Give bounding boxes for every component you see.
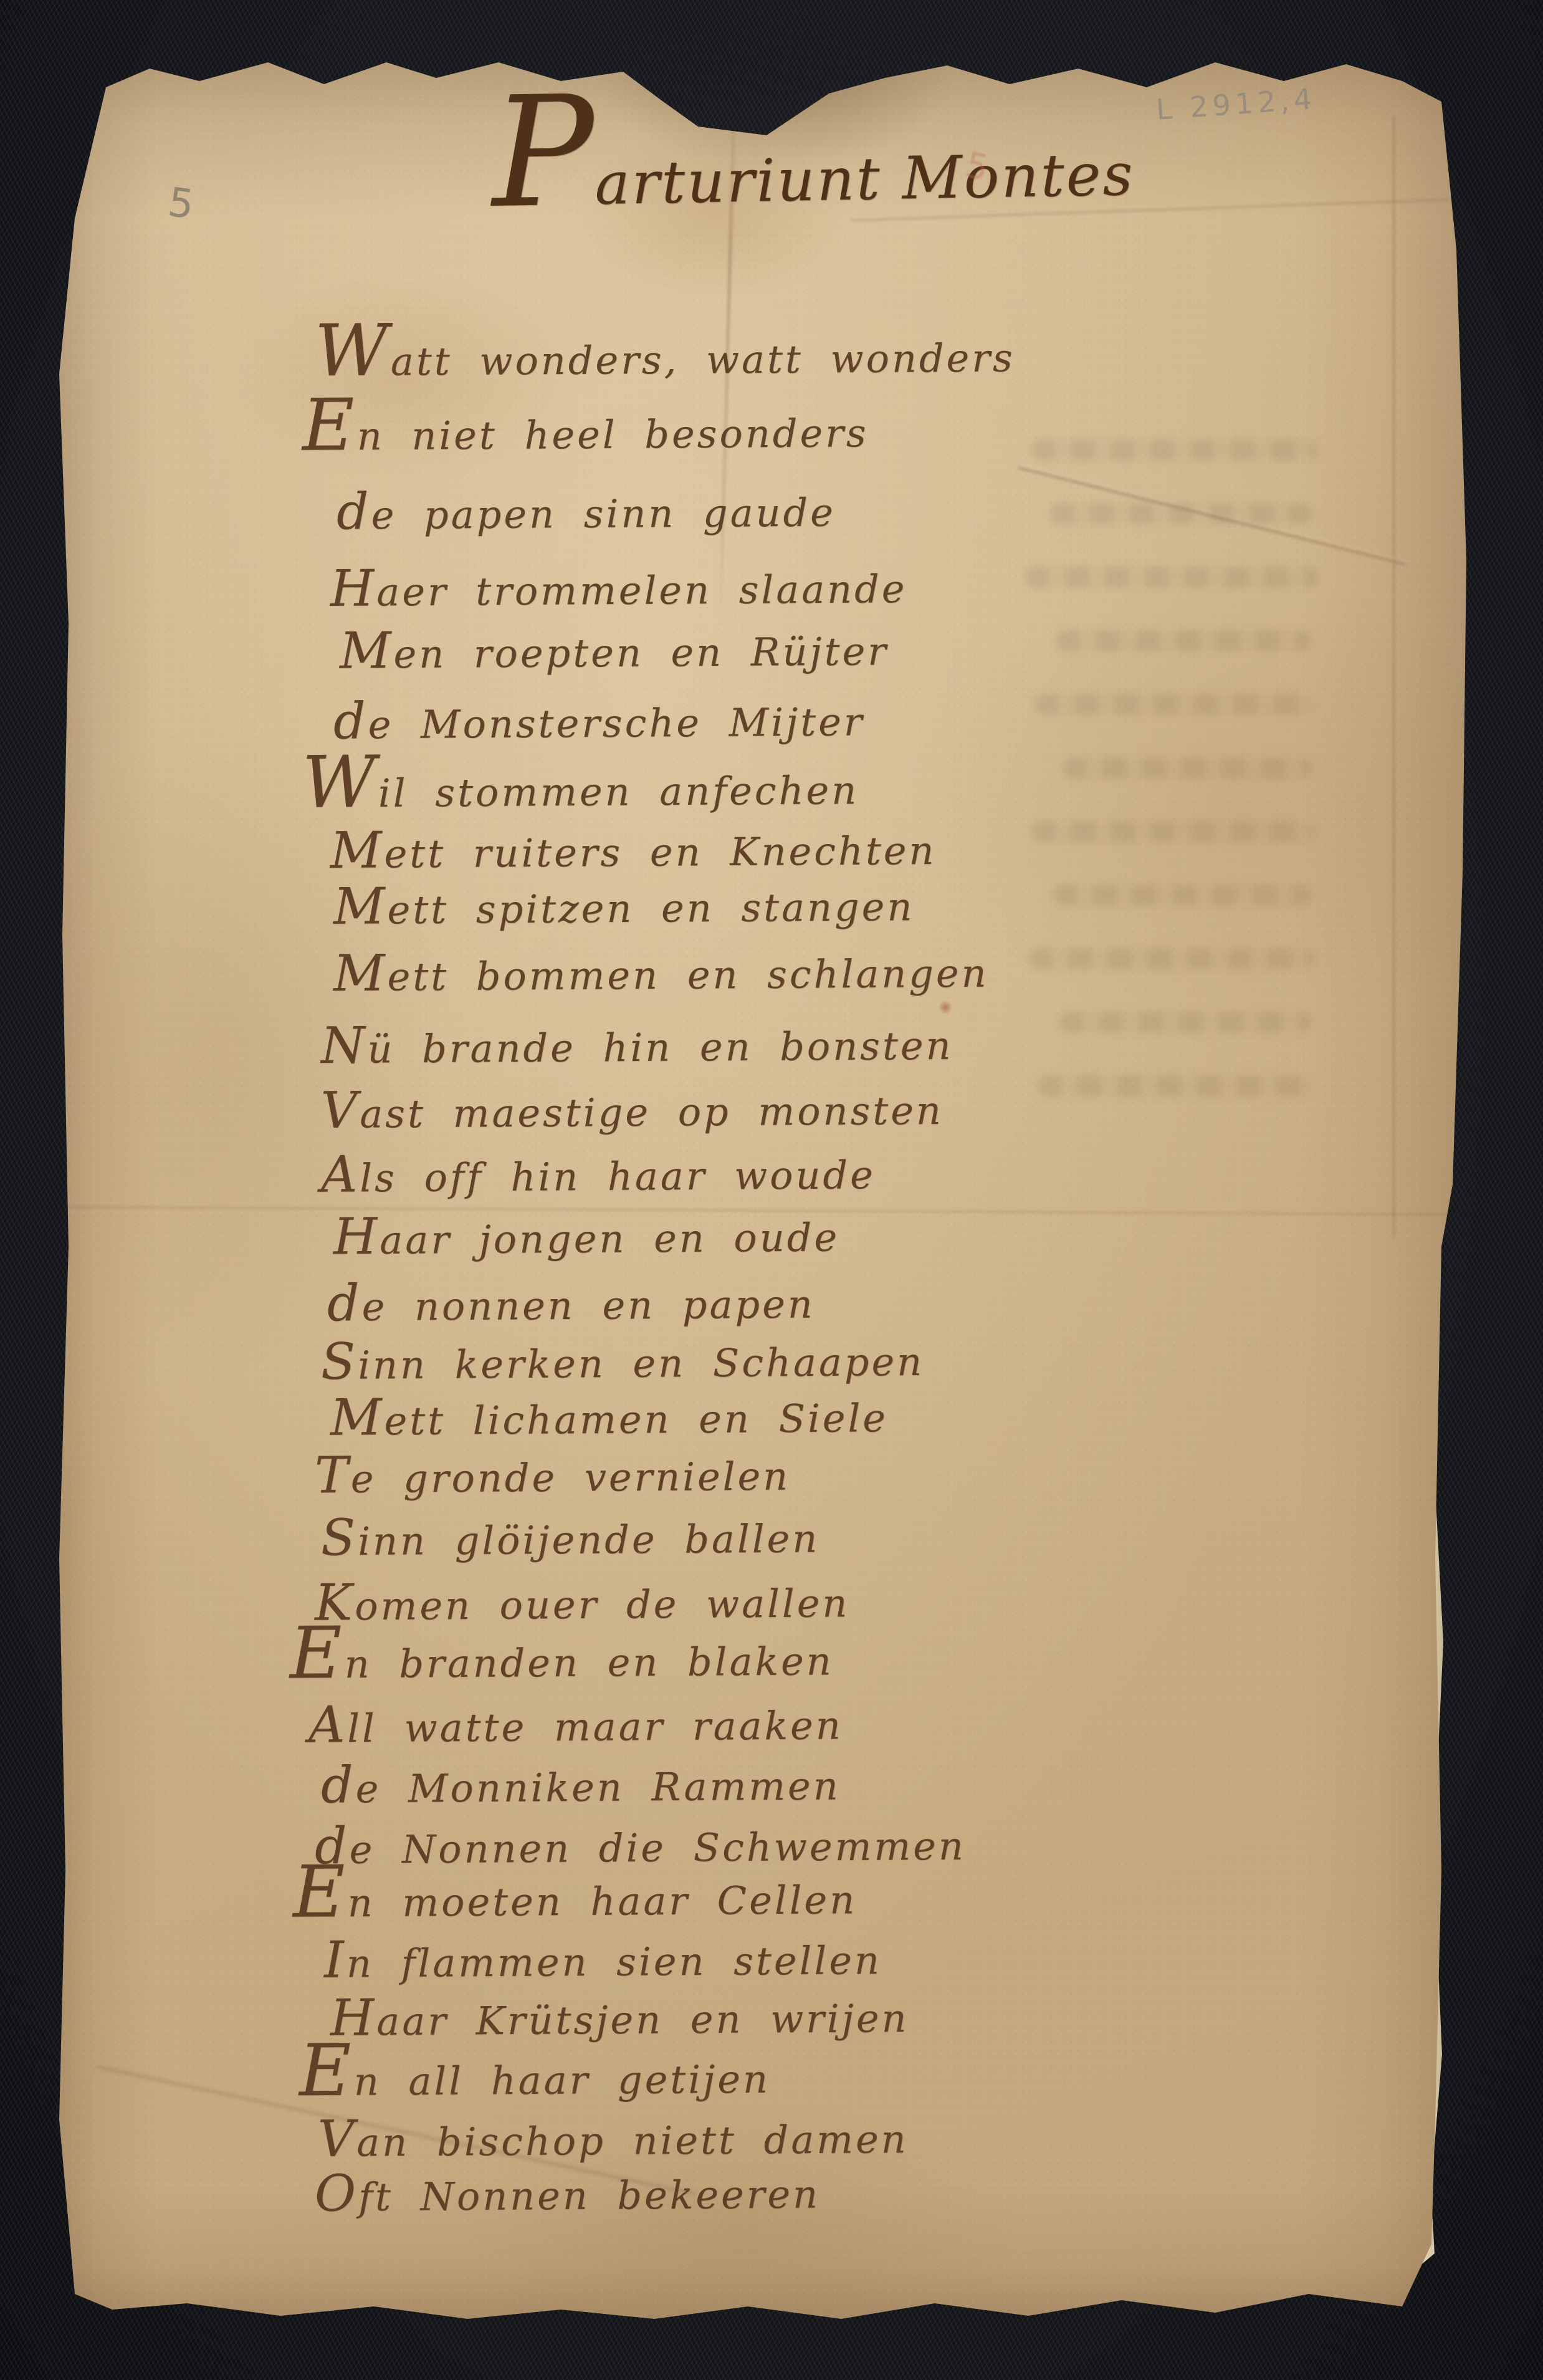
manuscript-line: Haar Krütsjen en wrijen [330, 1998, 909, 2042]
manuscript-line: Vast maestige op monsten [321, 1090, 943, 1135]
manuscript-line: All watte maar raaken [308, 1705, 843, 1749]
manuscript-line: Van bischop niett damen [318, 2119, 909, 2163]
manuscript-line: Sinn glöijende ballen [321, 1519, 820, 1562]
manuscript-sheet: Parturiunt Montes Watt wonders, watt won… [53, 53, 1468, 2325]
manuscript-line: Als off hin haar woude [321, 1154, 876, 1199]
manuscript-photo: { "doc": { "title": "Parturiunt Montes",… [0, 0, 1543, 2380]
manuscript-line: Mett spitzen en stangen [333, 886, 915, 931]
manuscript-line: de papen sinn gaude [337, 492, 836, 536]
manuscript-line: En all haar getijen [299, 2059, 770, 2103]
manuscript-line: de Monniken Rammen [321, 1765, 841, 1809]
manuscript-line: Te gronde vernielen [315, 1456, 790, 1500]
manuscript-line: de nonnen en papen [327, 1284, 815, 1328]
manuscript-line: Nü brande hin en bonsten [321, 1025, 953, 1070]
manuscript-line: Watt wonders, watt wonders [315, 338, 1015, 383]
page-title: Parturiunt Montes [492, 141, 1135, 220]
manuscript-line: En moeten haar Cellen [293, 1879, 857, 1924]
manuscript-line: Mett lichamen en Siele [330, 1398, 888, 1442]
manuscript-line: Haar jongen en oude [333, 1217, 839, 1261]
manuscript-line: Sinn kerken en Schaapen [321, 1341, 925, 1386]
manuscript-line: de Monstersche Mijter [333, 701, 865, 745]
manuscript-line: Mett bommen en schlangen [333, 953, 989, 998]
pencil-shelfmark: L 2912,4 [1155, 82, 1317, 127]
manuscript-line: Men roepten en Rüjter [340, 631, 889, 674]
manuscript-line: de Nonnen die Schwemmen [315, 1826, 966, 1870]
manuscript-line: En branden en blaken [290, 1641, 834, 1684]
manuscript-line: Oft Nonnen bekeeren [315, 2174, 820, 2218]
manuscript-line: Haer trommelen slaande [330, 569, 907, 613]
pencil-page-number: 5 [165, 180, 197, 229]
handwritten-text-layer: Parturiunt Montes Watt wonders, watt won… [53, 53, 1468, 2325]
manuscript-line: En niet heel besonders [302, 413, 869, 457]
manuscript-line: In flammen sien stellen [324, 1940, 882, 1984]
manuscript-line: Wil stommen anfechen [302, 770, 859, 814]
manuscript-line: Mett ruiters en Knechten [330, 830, 937, 875]
manuscript-line: Komen ouer de wallen [315, 1583, 850, 1626]
